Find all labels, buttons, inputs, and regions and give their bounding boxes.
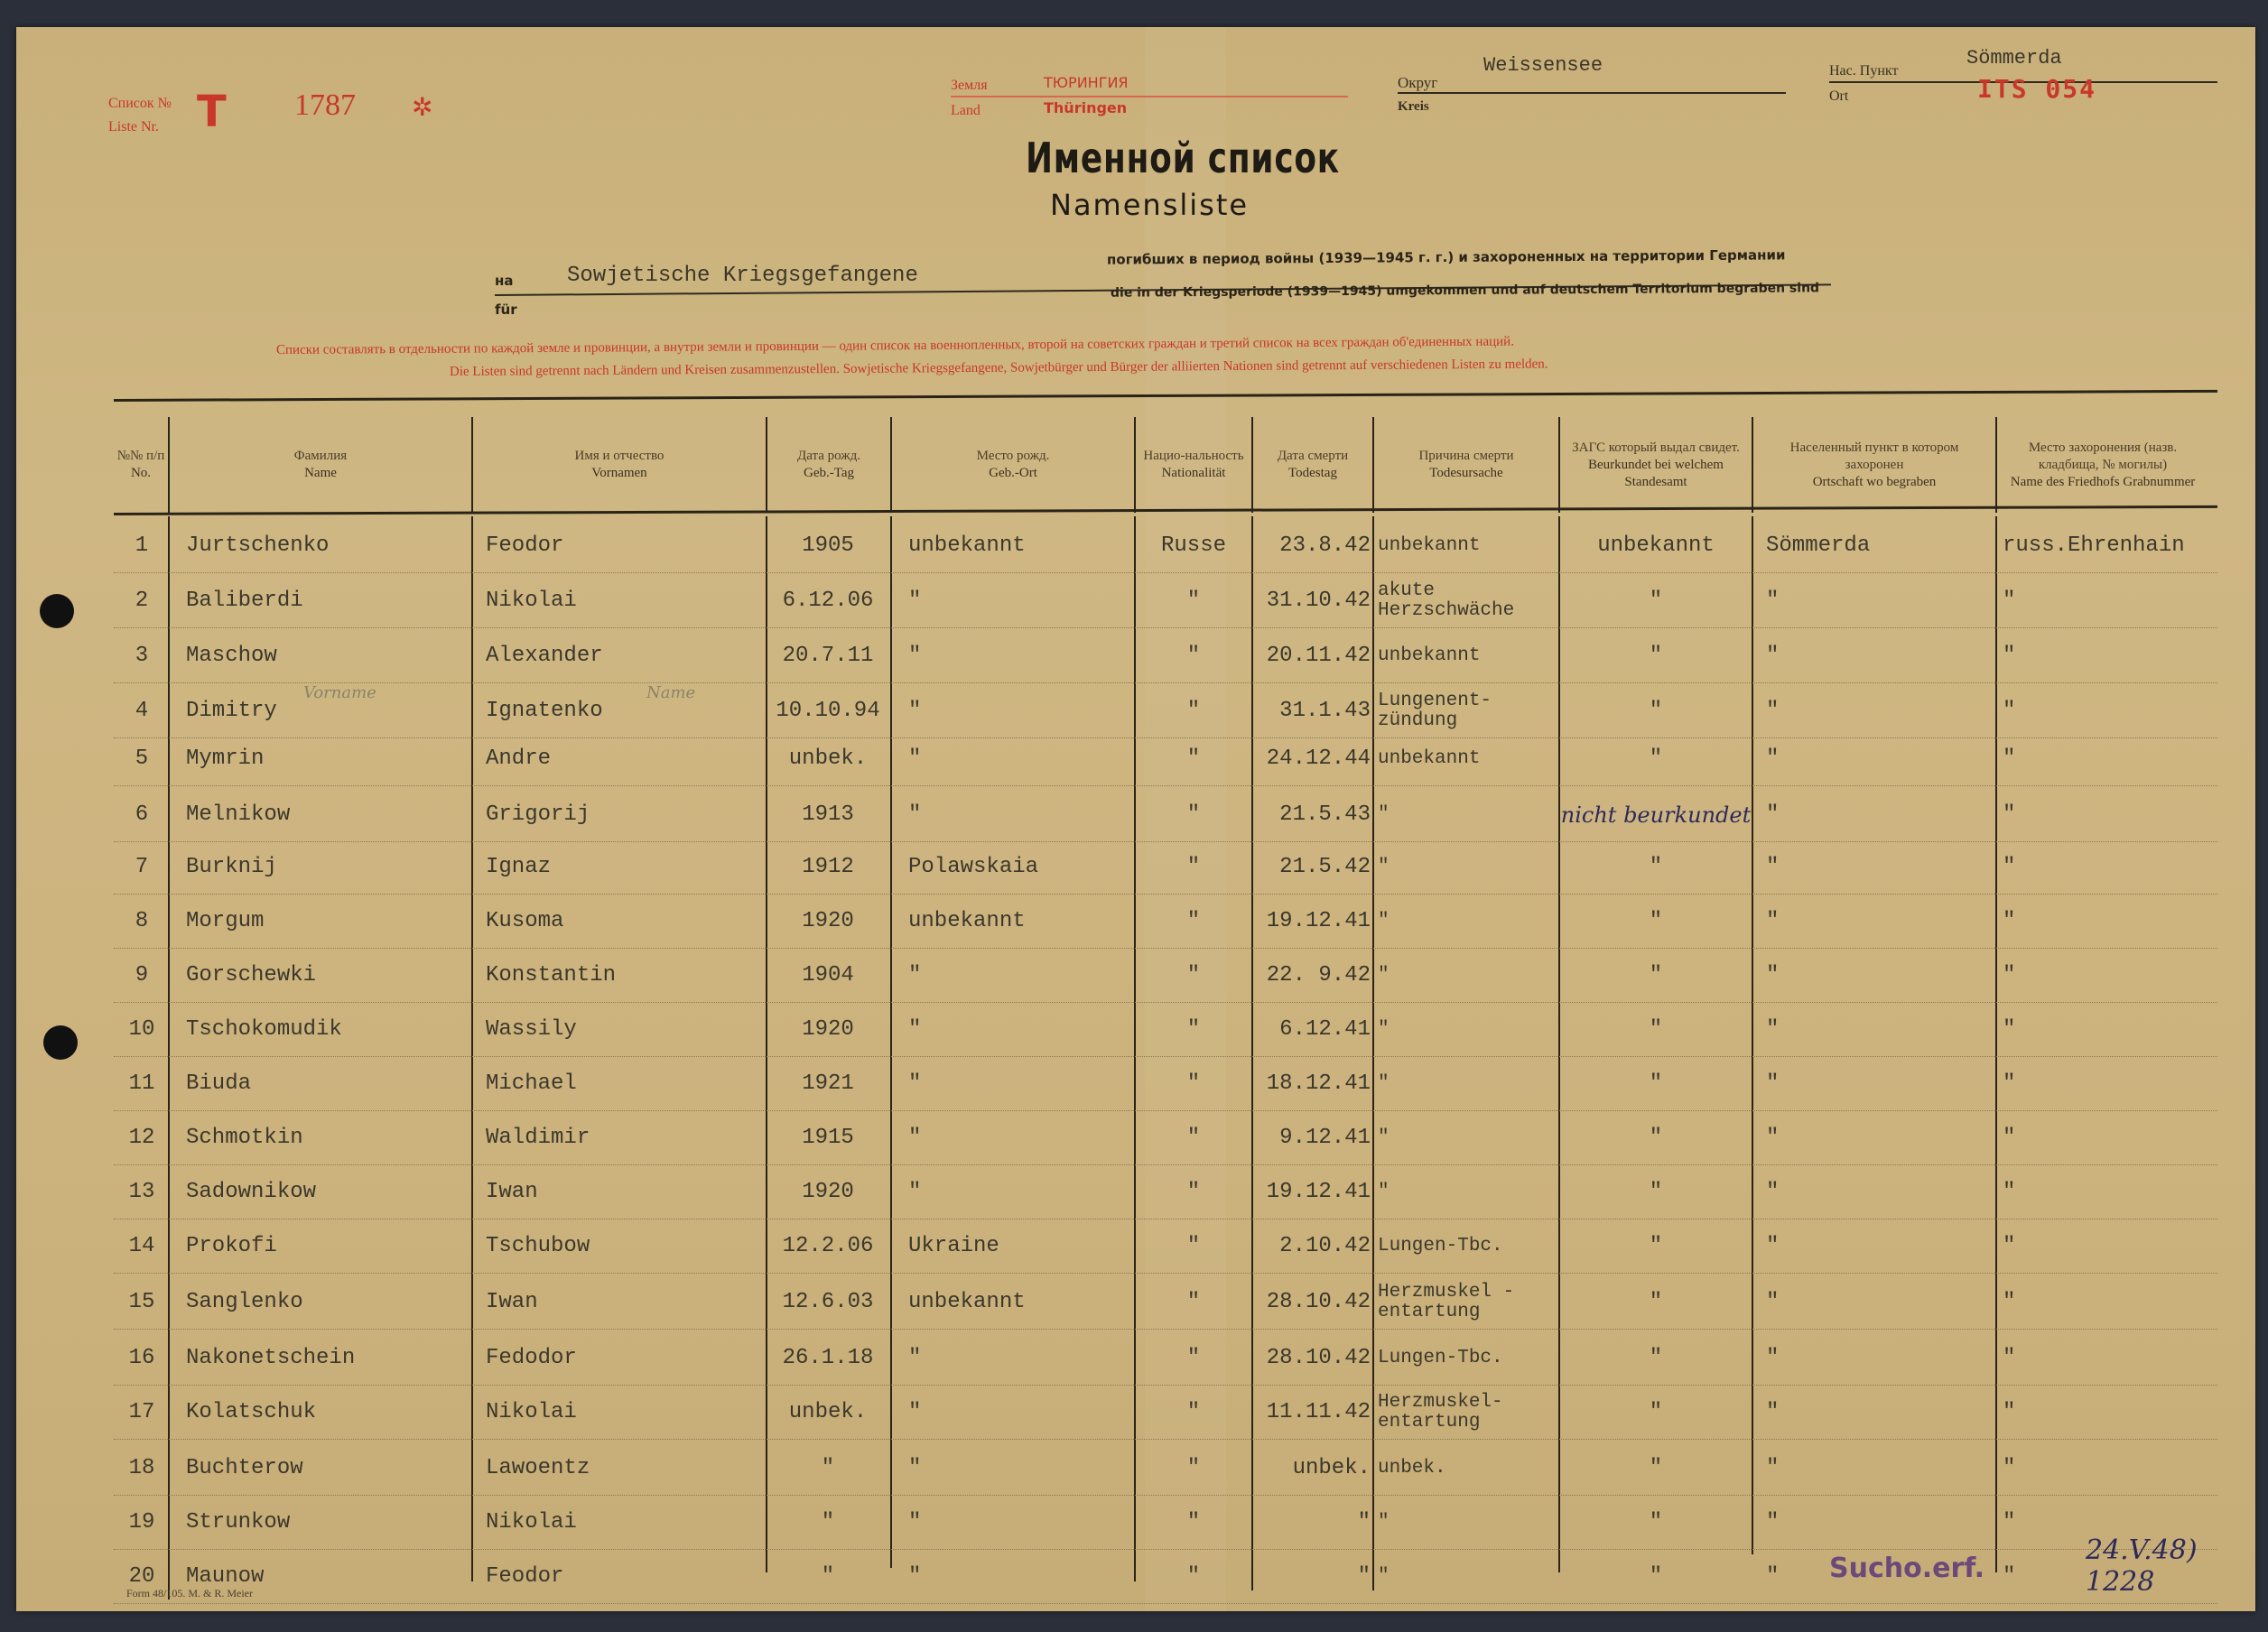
cell-standesamt: " (1562, 1164, 1750, 1219)
cell-vornamen: Fedodor (486, 1331, 757, 1386)
cell-standesamt: nicht beurkundet (1562, 787, 1750, 842)
header-standesamt-de: Beurkundet bei welchem Standesamt (1566, 457, 1746, 491)
table-row: 13 Sadownikow Iwan 1920 " " 19.12.41 " "… (114, 1164, 2217, 1219)
header-vornamen-de: Vornamen (591, 465, 646, 482)
instruction-ru: Списки составлять в отдельности по каждо… (276, 334, 1514, 358)
table-row: 1 Jurtschenko Feodor 1905 unbekannt Russ… (114, 518, 2217, 573)
cell-todesursache: " (1378, 839, 1558, 895)
cell-todesursache: Herzmuskel - entartung (1378, 1275, 1558, 1330)
cell-todestag: unbek. (1253, 1441, 1371, 1496)
cell-vornamen: Grigorij (486, 787, 757, 842)
table-row: 18 Buchterow Lawoentz " " " unbek. unbek… (114, 1441, 2217, 1496)
cell-friedhof: " (2003, 1164, 2216, 1219)
land-value-ru: ТЮРИНГИЯ (1044, 74, 1129, 91)
cell-ortschaft: " (1766, 1385, 1983, 1440)
cell-no: 2 (119, 573, 164, 628)
cell-ortschaft: " (1766, 1495, 1983, 1550)
list-label-ru: Список № (108, 92, 172, 116)
cell-ortschaft: " (1766, 1164, 1983, 1219)
cell-name: Tschokomudik (186, 1002, 457, 1057)
cell-geb-tag: 10.10.94 (767, 683, 888, 738)
cell-todestag: " (1253, 1549, 1371, 1604)
cell-nationalitaet: " (1138, 1056, 1250, 1111)
cell-name: Kolatschuk (186, 1385, 457, 1440)
cell-vornamen: Konstantin (486, 948, 757, 1003)
cell-todesursache: Herzmuskel- entartung (1378, 1385, 1558, 1440)
kreis-underline (1398, 92, 1786, 94)
cell-nationalitaet: " (1138, 1164, 1250, 1219)
cell-geb-ort: " (908, 1164, 1125, 1219)
cell-standesamt: " (1562, 1219, 1750, 1274)
cell-ortschaft: " (1766, 1110, 1983, 1165)
cell-todesursache: Lungenent- zündung (1378, 683, 1558, 738)
header-vornamen: Имя и отчествоVornamen (471, 417, 766, 513)
cell-nationalitaet: " (1138, 683, 1250, 738)
cell-todestag: 21.5.43 (1253, 787, 1371, 842)
cell-nationalitaet: " (1138, 731, 1250, 786)
cell-geb-ort: Ukraine (908, 1219, 1125, 1274)
kreis-value: Weissensee (1483, 54, 1603, 77)
cell-no: 10 (119, 1002, 164, 1057)
cell-no: 4 (119, 683, 164, 738)
cell-geb-tag: 1905 (767, 518, 888, 573)
header-ursache-de: Todesursache (1429, 465, 1502, 482)
cell-geb-tag: 1920 (767, 1164, 888, 1219)
cell-friedhof: " (2003, 1002, 2216, 1057)
land-label-ru: Земля (951, 78, 988, 94)
cell-todesursache: " (1378, 1002, 1558, 1057)
cell-ortschaft: " (1766, 1275, 1983, 1330)
ort-label-de: Ort (1829, 88, 1848, 105)
cell-todesursache: unbekannt (1378, 518, 1558, 573)
cell-ortschaft: " (1766, 1002, 1983, 1057)
cell-name: Jurtschenko (186, 518, 457, 573)
cell-friedhof: " (2003, 894, 2216, 949)
cell-geb-tag: 1904 (767, 948, 888, 1003)
cell-geb-tag: " (767, 1495, 888, 1550)
cell-name: Buchterow (186, 1441, 457, 1496)
header-friedhof-de: Name des Friedhofs Grabnummer (2011, 474, 2196, 491)
cell-no: 5 (119, 731, 164, 786)
table-row: 2 Baliberdi Nikolai 6.12.06 " " 31.10.42… (114, 573, 2217, 628)
list-label-de: Liste Nr. (108, 116, 172, 139)
cell-no: 19 (119, 1495, 164, 1550)
header-geb-ort-de: Geb.-Ort (989, 465, 1037, 482)
handwritten-date: 24.V.48) 1228 (2086, 1535, 2255, 1598)
header-ortschaft-ru: Населенный пункт в котором захоронен (1762, 440, 1986, 474)
table-row: 19 Strunkow Nikolai " " " " " " " " (114, 1495, 2217, 1550)
header-no-de: No. (131, 465, 151, 482)
cell-friedhof: " (2003, 1441, 2216, 1496)
page-title-ru: Именной список (1026, 134, 1340, 182)
cell-name: Sadownikow (186, 1164, 457, 1219)
cell-nationalitaet: " (1138, 628, 1250, 683)
header-ortschaft-de: Ortschaft wo begraben (1813, 474, 1937, 491)
cell-no: 8 (119, 894, 164, 949)
table-row: 11 Biuda Michael 1921 " " 18.12.41 " " "… (114, 1056, 2217, 1111)
cell-ortschaft: Sömmerda (1766, 518, 1983, 573)
cell-nationalitaet: " (1138, 1549, 1250, 1604)
cell-vornamen: Waldimir (486, 1110, 757, 1165)
cell-friedhof: " (2003, 1385, 2216, 1440)
cell-geb-ort: " (908, 573, 1125, 628)
cell-name: Burknij (186, 839, 457, 895)
kreis-label-ru: Округ (1398, 74, 1437, 92)
cell-todestag: 9.12.41 (1253, 1110, 1371, 1165)
cell-standesamt: " (1562, 1441, 1750, 1496)
cell-todestag: 21.5.42 (1253, 839, 1371, 895)
cell-todestag: 23.8.42 (1253, 518, 1371, 573)
cell-no: 15 (119, 1275, 164, 1330)
cell-standesamt: " (1562, 1056, 1750, 1111)
table-row: 9 Gorschewki Konstantin 1904 " " 22. 9.4… (114, 948, 2217, 1003)
cell-geb-ort: " (908, 683, 1125, 738)
cell-geb-ort: " (908, 1331, 1125, 1386)
table-row: 15 Sanglenko Iwan 12.6.03 unbekannt " 28… (114, 1275, 2217, 1330)
cell-vornamen: Nikolai (486, 573, 757, 628)
cell-todestag: 2.10.42 (1253, 1219, 1371, 1274)
cell-friedhof: " (2003, 1110, 2216, 1165)
cell-todesursache: " (1378, 1495, 1558, 1550)
cell-vornamen: Tschubow (486, 1219, 757, 1274)
cell-geb-tag: 6.12.06 (767, 573, 888, 628)
document-sheet: Список № Liste Nr. T 1787 ✲ Земля Land Т… (16, 27, 2255, 1611)
form-number: Form 48/105. M. & R. Meier (126, 1587, 253, 1600)
cell-standesamt: " (1562, 1331, 1750, 1386)
cell-ortschaft: " (1766, 839, 1983, 895)
cell-todestag: 24.12.44 (1253, 731, 1371, 786)
cell-geb-ort: " (908, 1002, 1125, 1057)
cell-geb-tag: 12.2.06 (767, 1219, 888, 1274)
cell-standesamt: " (1562, 628, 1750, 683)
table-row: 12 Schmotkin Waldimir 1915 " " 9.12.41 "… (114, 1110, 2217, 1165)
cell-todesursache: " (1378, 948, 1558, 1003)
for-value: Sowjetische Kriegsgefangene (567, 264, 918, 288)
cell-geb-tag: " (767, 1549, 888, 1604)
cell-geb-ort: unbekannt (908, 1275, 1125, 1330)
cell-geb-tag: 12.6.03 (767, 1275, 888, 1330)
cell-nationalitaet: " (1138, 1495, 1250, 1550)
handwritten-note: Vorname (303, 683, 376, 702)
list-number: 1787 (294, 88, 356, 123)
header-geb-ort-ru: Место рожд. (977, 448, 1050, 465)
cell-vornamen: Kusoma (486, 894, 757, 949)
cell-standesamt: " (1562, 731, 1750, 786)
header-geb-tag: Дата рожд.Geb.-Tag (766, 417, 890, 513)
cell-todesursache: Lungen-Tbc. (1378, 1331, 1558, 1386)
cell-no: 16 (119, 1331, 164, 1386)
cell-no: 6 (119, 787, 164, 842)
cell-no: 12 (119, 1110, 164, 1165)
cell-vornamen: Nikolai (486, 1495, 757, 1550)
header-todesursache: Причина смертиTodesursache (1372, 417, 1558, 513)
cell-ortschaft: " (1766, 1441, 1983, 1496)
cell-standesamt: " (1562, 1110, 1750, 1165)
header-geb-ort: Место рожд.Geb.-Ort (890, 417, 1134, 513)
cell-vornamen: Ignaz (486, 839, 757, 895)
cell-vornamen: Ignatenko (486, 683, 757, 738)
cell-nationalitaet: " (1138, 1275, 1250, 1330)
land-label-de: Land (951, 103, 981, 119)
cell-geb-ort: Polawskaia (908, 839, 1125, 895)
land-underline (951, 96, 1348, 97)
cell-geb-tag: 26.1.18 (767, 1331, 888, 1386)
table-row: 17 Kolatschuk Nikolai unbek. " " 11.11.4… (114, 1385, 2217, 1440)
cell-todesursache: unbek. (1378, 1441, 1558, 1496)
table-row: 3 Maschow Alexander 20.7.11 " " 20.11.42… (114, 628, 2217, 683)
header-todestag-de: Todestag (1288, 465, 1337, 482)
cell-geb-ort: unbekannt (908, 518, 1125, 573)
cell-ortschaft: " (1766, 573, 1983, 628)
cell-name: Baliberdi (186, 573, 457, 628)
cell-ortschaft: " (1766, 787, 1983, 842)
table-row: 14 Prokofi Tschubow 12.2.06 Ukraine " 2.… (114, 1219, 2217, 1274)
table-row: 5 Mymrin Andre unbek. " " 24.12.44 unbek… (114, 731, 2217, 786)
cell-friedhof: " (2003, 839, 2216, 895)
header-friedhof-ru: Место захоронения (назв. кладбища, № мог… (2004, 440, 2201, 474)
cell-geb-ort: " (908, 948, 1125, 1003)
cell-standesamt: " (1562, 573, 1750, 628)
kreis-label-de: Kreis (1398, 99, 1429, 115)
cell-standesamt: unbekannt (1562, 518, 1750, 573)
cell-friedhof: " (2003, 573, 2216, 628)
sucho-stamp: Sucho.erf. (1829, 1553, 1984, 1584)
header-standesamt-ru: ЗАГС который выдал свидет. (1572, 440, 1740, 457)
punch-hole (43, 1025, 78, 1060)
handwritten-note: Name (646, 683, 695, 702)
cell-geb-ort: unbekannt (908, 894, 1125, 949)
cell-todesursache: " (1378, 894, 1558, 949)
cell-todestag: 20.11.42 (1253, 628, 1371, 683)
cell-vornamen: Iwan (486, 1275, 757, 1330)
cell-todesursache: unbekannt (1378, 731, 1558, 786)
cell-standesamt: " (1562, 948, 1750, 1003)
cell-standesamt: " (1562, 683, 1750, 738)
cell-no: 11 (119, 1056, 164, 1111)
cell-todestag: 11.11.42 (1253, 1385, 1371, 1440)
cell-name: Maschow (186, 628, 457, 683)
cell-vornamen: Iwan (486, 1164, 757, 1219)
cell-name: Nakonetschein (186, 1331, 457, 1386)
header-ursache-ru: Причина смерти (1418, 448, 1513, 465)
cell-nationalitaet: " (1138, 1219, 1250, 1274)
cell-geb-tag: 1912 (767, 839, 888, 895)
cell-todestag: 28.10.42 (1253, 1331, 1371, 1386)
cell-friedhof: " (2003, 1275, 2216, 1330)
cell-vornamen: Wassily (486, 1002, 757, 1057)
header-no: №№ п/пNo. (114, 417, 168, 513)
cell-nationalitaet: " (1138, 1441, 1250, 1496)
cell-name: Schmotkin (186, 1110, 457, 1165)
ort-value: Sömmerda (1966, 47, 2062, 70)
land-value-de: Thüringen (1044, 99, 1127, 116)
header-vornamen-ru: Имя и отчество (575, 448, 665, 465)
header-no-ru: №№ п/п (117, 448, 165, 465)
cell-geb-ort: " (908, 731, 1125, 786)
cell-todestag: 31.1.43 (1253, 683, 1371, 738)
cell-todestag: 28.10.42 (1253, 1275, 1371, 1330)
cell-nationalitaet: " (1138, 894, 1250, 949)
cell-ortschaft: " (1766, 731, 1983, 786)
cell-name: Gorschewki (186, 948, 457, 1003)
table-row: 16 Nakonetschein Fedodor 26.1.18 " " 28.… (114, 1331, 2217, 1386)
cell-geb-ort: " (908, 1110, 1125, 1165)
cell-vornamen: Alexander (486, 628, 757, 683)
cell-ortschaft: " (1766, 1056, 1983, 1111)
cell-nationalitaet: " (1138, 1385, 1250, 1440)
cell-geb-tag: 1913 (767, 787, 888, 842)
cell-geb-tag: 1915 (767, 1110, 888, 1165)
ort-label-ru: Нас. Пункт (1829, 63, 1898, 79)
cell-standesamt: " (1562, 894, 1750, 949)
cell-todesursache: Lungen-Tbc. (1378, 1219, 1558, 1274)
table-row: 10 Tschokomudik Wassily 1920 " " 6.12.41… (114, 1002, 2217, 1057)
cell-no: 17 (119, 1385, 164, 1440)
cell-ortschaft: " (1766, 628, 1983, 683)
cell-nationalitaet: " (1138, 573, 1250, 628)
cell-friedhof: " (2003, 787, 2216, 842)
cell-nationalitaet: " (1138, 1331, 1250, 1386)
header-ortschaft: Населенный пункт в котором захороненOrts… (1752, 417, 1995, 513)
cell-name: Melnikow (186, 787, 457, 842)
cell-geb-tag: " (767, 1441, 888, 1496)
cell-ortschaft: " (1766, 1331, 1983, 1386)
list-number-label: Список № Liste Nr. (108, 92, 172, 139)
cell-geb-tag: 1921 (767, 1056, 888, 1111)
cell-friedhof: " (2003, 1056, 2216, 1111)
cell-name: Morgum (186, 894, 457, 949)
for-label-ru: на (495, 273, 514, 289)
cell-geb-tag: 1920 (767, 1002, 888, 1057)
cell-geb-ort: " (908, 1385, 1125, 1440)
header-geb-tag-ru: Дата рожд. (797, 448, 860, 465)
cell-friedhof: " (2003, 683, 2216, 738)
cell-nationalitaet: " (1138, 787, 1250, 842)
cell-todesursache: akute Herzschwäche (1378, 573, 1558, 628)
cell-vornamen: Lawoentz (486, 1441, 757, 1496)
cell-no: 18 (119, 1441, 164, 1496)
cell-nationalitaet: " (1138, 1110, 1250, 1165)
cell-name: Mymrin (186, 731, 457, 786)
cell-todesursache: " (1378, 1110, 1558, 1165)
cell-standesamt: " (1562, 1002, 1750, 1057)
cell-todestag: 19.12.41 (1253, 1164, 1371, 1219)
cell-ortschaft: " (1766, 894, 1983, 949)
cell-friedhof: " (2003, 1331, 2216, 1386)
cell-todesursache: " (1378, 787, 1558, 842)
cell-friedhof: russ.Ehrenhain (2003, 518, 2216, 573)
cell-standesamt: " (1562, 1495, 1750, 1550)
table-row: 4 Dimitry Ignatenko 10.10.94 " " 31.1.43… (114, 683, 2217, 738)
asterisk-icon: ✲ (412, 92, 432, 123)
cell-name: Strunkow (186, 1495, 457, 1550)
cell-geb-tag: unbek. (767, 731, 888, 786)
instruction-de: Die Listen sind getrennt nach Ländern un… (450, 357, 1548, 380)
cell-no: 3 (119, 628, 164, 683)
its-stamp: ITS 054 (1977, 74, 2096, 104)
page-title-de: Namensliste (1050, 188, 1249, 222)
list-letter: T (197, 87, 227, 137)
cell-no: 14 (119, 1219, 164, 1274)
cell-standesamt: " (1562, 1549, 1750, 1604)
cell-standesamt: " (1562, 839, 1750, 895)
cell-geb-ort: " (908, 787, 1125, 842)
cell-vornamen: Feodor (486, 1549, 757, 1604)
table-row: 7 Burknij Ignaz 1912 Polawskaia " 21.5.4… (114, 839, 2217, 895)
cell-friedhof: " (2003, 628, 2216, 683)
header-name-ru: Фамилия (294, 448, 347, 465)
cell-todestag: 18.12.41 (1253, 1056, 1371, 1111)
cell-no: 13 (119, 1164, 164, 1219)
cell-geb-ort: " (908, 1495, 1125, 1550)
cell-geb-ort: " (908, 628, 1125, 683)
cell-standesamt: " (1562, 1275, 1750, 1330)
header-name-de: Name (304, 465, 337, 482)
subtitle-ru: погибших в период войны (1939—1945 г. г.… (1107, 246, 1786, 267)
punch-hole (40, 594, 74, 628)
cell-nationalitaet: " (1138, 1002, 1250, 1057)
header-name: ФамилияName (168, 417, 471, 513)
cell-no: 7 (119, 839, 164, 895)
header-geb-tag-de: Geb.-Tag (804, 465, 854, 482)
cell-nationalitaet: " (1138, 948, 1250, 1003)
cell-nationalitaet: Russe (1138, 518, 1250, 573)
header-nat-de: Nationalität (1162, 465, 1226, 482)
cell-name: Sanglenko (186, 1275, 457, 1330)
cell-nationalitaet: " (1138, 839, 1250, 895)
cell-todesursache: " (1378, 1056, 1558, 1111)
header-friedhof: Место захоронения (назв. кладбища, № мог… (1995, 417, 2208, 513)
cell-todestag: 6.12.41 (1253, 1002, 1371, 1057)
cell-todestag: " (1253, 1495, 1371, 1550)
cell-name: Prokofi (186, 1219, 457, 1274)
cell-standesamt: " (1562, 1385, 1750, 1440)
header-nat-ru: Нацио-нальность (1143, 448, 1243, 465)
cell-geb-tag: unbek. (767, 1385, 888, 1440)
cell-friedhof: " (2003, 948, 2216, 1003)
cell-vornamen: Nikolai (486, 1385, 757, 1440)
cell-vornamen: Feodor (486, 518, 757, 573)
cell-no: 1 (119, 518, 164, 573)
cell-no: 9 (119, 948, 164, 1003)
header-standesamt: ЗАГС который выдал свидет.Beurkundet bei… (1558, 417, 1752, 513)
cell-ortschaft: " (1766, 948, 1983, 1003)
cell-todestag: 19.12.41 (1253, 894, 1371, 949)
cell-friedhof: " (2003, 1219, 2216, 1274)
table-row: 6 Melnikow Grigorij 1913 " " 21.5.43 " n… (114, 787, 2217, 842)
cell-geb-ort: " (908, 1549, 1125, 1604)
cell-vornamen: Michael (486, 1056, 757, 1111)
cell-todesursache: " (1378, 1164, 1558, 1219)
cell-todestag: 31.10.42 (1253, 573, 1371, 628)
header-todestag: Дата смертиTodestag (1251, 417, 1372, 513)
cell-todesursache: " (1378, 1549, 1558, 1604)
cell-todestag: 22. 9.42 (1253, 948, 1371, 1003)
cell-friedhof: " (2003, 731, 2216, 786)
cell-geb-ort: " (908, 1056, 1125, 1111)
cell-ortschaft: " (1766, 683, 1983, 738)
for-label-de: für (495, 301, 517, 318)
cell-vornamen: Andre (486, 731, 757, 786)
cell-geb-tag: 20.7.11 (767, 628, 888, 683)
cell-geb-ort: " (908, 1441, 1125, 1496)
table-row: 8 Morgum Kusoma 1920 unbekannt " 19.12.4… (114, 894, 2217, 949)
cell-geb-tag: 1920 (767, 894, 888, 949)
header-nationalitaet: Нацио-нальностьNationalität (1134, 417, 1251, 513)
header-todestag-ru: Дата смерти (1278, 448, 1348, 465)
cell-ortschaft: " (1766, 1219, 1983, 1274)
cell-name: Biuda (186, 1056, 457, 1111)
